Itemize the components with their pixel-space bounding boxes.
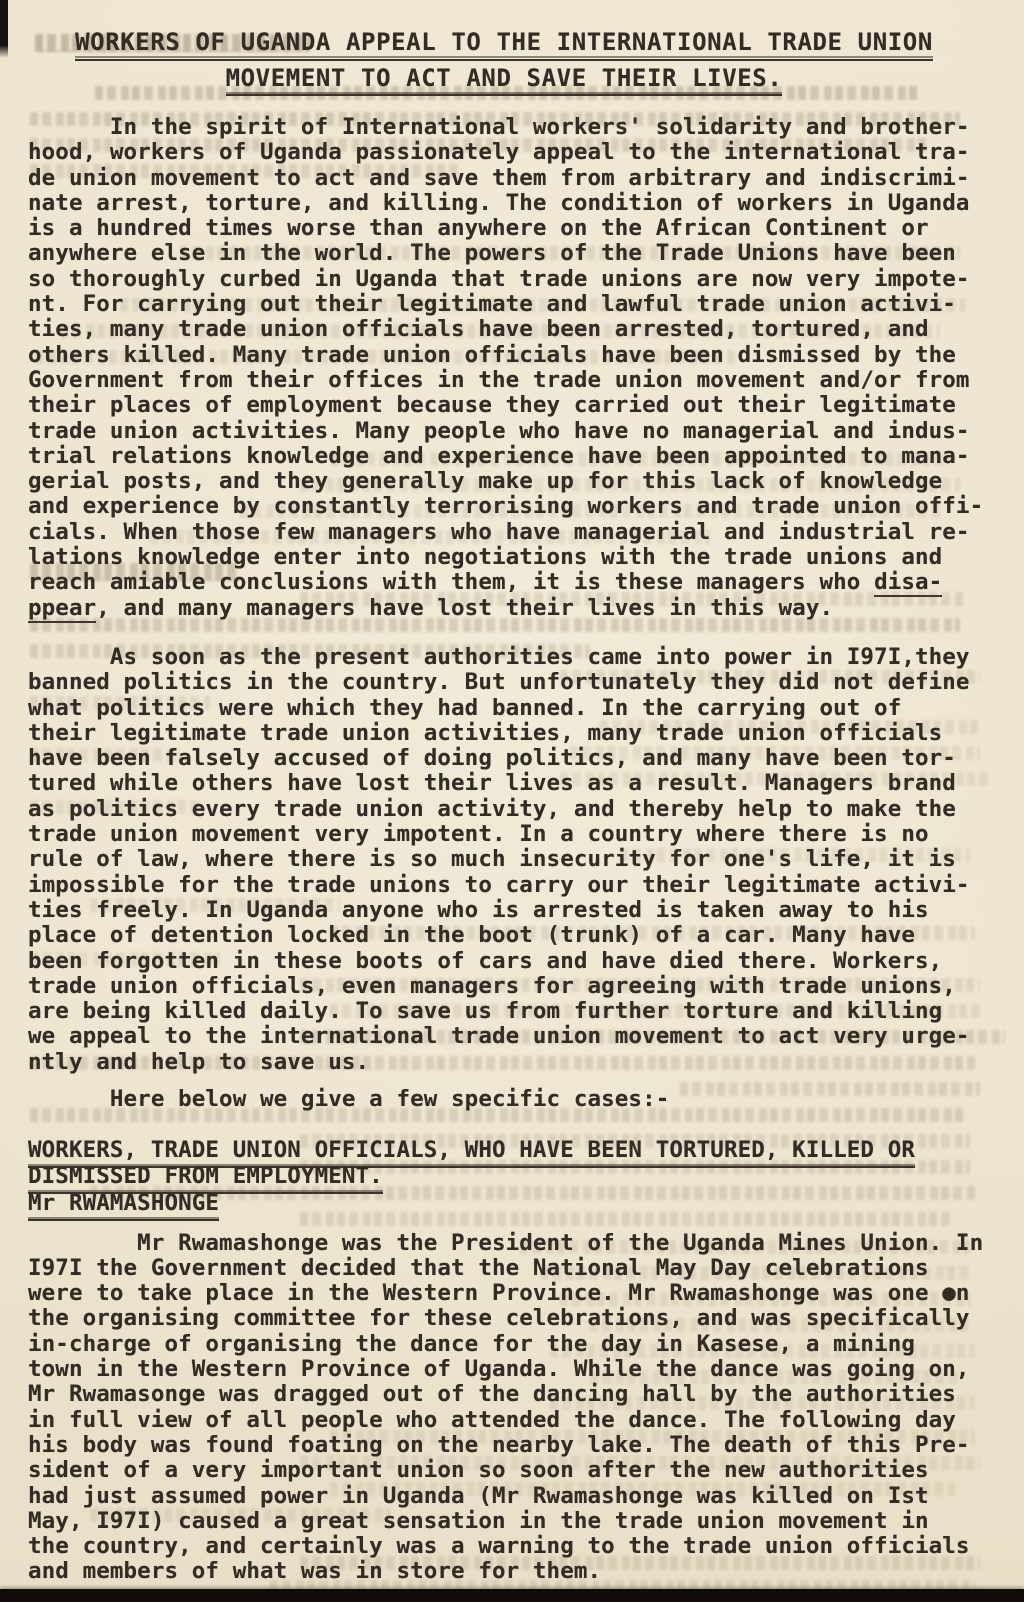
text-line: ties, many trade union officials have be… [28, 317, 1008, 342]
text-line: were to take place in the Western Provin… [28, 1281, 1008, 1306]
text-line: and members of what was in store for the… [28, 1559, 1008, 1584]
text-line: in full view of all people who attended … [28, 1408, 1008, 1433]
scan-edge-bar-bottom [0, 1589, 1024, 1602]
text-line: cials. When those few managers who have … [28, 520, 1008, 545]
text-line: trade union activities. Many people who … [28, 419, 1008, 444]
paragraph-intro-appeal: In the spirit of International workers' … [28, 115, 1008, 621]
text-line: rule of law, where there is so much inse… [28, 847, 1008, 872]
text-line: ties freely. In Uganda anyone who is arr… [28, 898, 1008, 923]
text-line: ppear, and many managers have lost their… [28, 596, 1008, 621]
paragraph-politics-banned: As soon as the present authorities came … [28, 645, 1008, 1075]
paragraph-rwamashonge-case: Mr Rwamashonge was the President of the … [28, 1231, 1008, 1585]
text-line: WORKERS OF UGANDA APPEAL TO THE INTERNAT… [14, 25, 994, 61]
text-line: is a hundred times worse than anywhere o… [28, 216, 1008, 241]
text-line: their legitimate trade union activities,… [28, 721, 1008, 746]
text-line: his body was found foating on the nearby… [28, 1433, 1008, 1458]
text-line: trial relations knowledge and experience… [28, 444, 1008, 469]
text-line: impossible for the trade unions to carry… [28, 873, 1008, 898]
text-line: Mr Rwamasonge was dragged out of the dan… [28, 1382, 1008, 1407]
text-line: In the spirit of International workers' … [28, 115, 1008, 140]
text-line: gerial posts, and they generally make up… [28, 469, 1008, 494]
section-heading-tortured-killed-dismissed: WORKERS, TRADE UNION OFFICIALS, WHO HAVE… [28, 1137, 1008, 1189]
text-line: Mr Rwamashonge was the President of the … [28, 1231, 1008, 1256]
text-line: the country, and certainly was a warning… [28, 1534, 1008, 1559]
text-line: their places of employment because they … [28, 393, 1008, 418]
text-line: hood, workers of Uganda passionately app… [28, 140, 1008, 165]
text-line: trade union officials, even managers for… [28, 974, 1008, 999]
text-line: place of detention locked in the boot (t… [28, 923, 1008, 948]
scanned-document-page: WORKERS OF UGANDA APPEAL TO THE INTERNAT… [0, 0, 1024, 1602]
text-line: and experience by constantly terrorising… [28, 494, 1008, 519]
text-line: de union movement to act and save them f… [28, 166, 1008, 191]
text-line: nt. For carrying out their legitimate an… [28, 292, 1008, 317]
text-line: the organising committee for these celeb… [28, 1306, 1008, 1331]
text-line: Here below we give a few specific cases:… [28, 1087, 1008, 1112]
line-specific-cases-intro: Here below we give a few specific cases:… [28, 1087, 1008, 1112]
text-line: have been falsely accused of doing polit… [28, 746, 1008, 771]
text-line: ntly and help to save us. [28, 1050, 1008, 1075]
text-line: WORKERS, TRADE UNION OFFICIALS, WHO HAVE… [28, 1137, 1008, 1163]
text-line: we appeal to the international trade uni… [28, 1024, 1008, 1049]
text-line: anywhere else in the world. The powers o… [28, 241, 1008, 266]
text-line: so thoroughly curbed in Uganda that trad… [28, 267, 1008, 292]
text-line: nate arrest, torture, and killing. The c… [28, 191, 1008, 216]
text-line: sident of a very important union so soon… [28, 1458, 1008, 1483]
text-line: are being killed daily. To save us from … [28, 999, 1008, 1024]
text-line: banned politics in the country. But unfo… [28, 670, 1008, 695]
text-line: Mr RWAMASHONGE [28, 1191, 1008, 1216]
text-line: reach amiable conclusions with them, it … [28, 570, 1008, 595]
text-line: lations knowledge enter into negotiation… [28, 545, 1008, 570]
text-line: trade union movement very impotent. In a… [28, 822, 1008, 847]
text-line: Government from their offices in the tra… [28, 368, 1008, 393]
text-line: as politics every trade union activity, … [28, 797, 1008, 822]
document-title: WORKERS OF UGANDA APPEAL TO THE INTERNAT… [14, 25, 994, 96]
text-line: MOVEMENT TO ACT AND SAVE THEIR LIVES. [14, 61, 994, 97]
text-line: been forgotten in these boots of cars an… [28, 949, 1008, 974]
text-line: others killed. Many trade union official… [28, 343, 1008, 368]
text-line: As soon as the present authorities came … [28, 645, 1008, 670]
text-line: had just assumed power in Uganda (Mr Rwa… [28, 1484, 1008, 1509]
document-content: WORKERS OF UGANDA APPEAL TO THE INTERNAT… [0, 0, 1024, 1602]
text-line: May, I97I) caused a great sensation in t… [28, 1509, 1008, 1534]
text-line: what politics were which they had banned… [28, 696, 1008, 721]
text-line: I97I the Government decided that the Nat… [28, 1256, 1008, 1281]
case-heading-rwamashonge: Mr RWAMASHONGE [28, 1191, 1008, 1216]
text-line: tured while others have lost their lives… [28, 771, 1008, 796]
scan-edge-mark-left [0, 0, 8, 58]
text-line: in-charge of organising the dance for th… [28, 1332, 1008, 1357]
text-line: town in the Western Province of Uganda. … [28, 1357, 1008, 1382]
